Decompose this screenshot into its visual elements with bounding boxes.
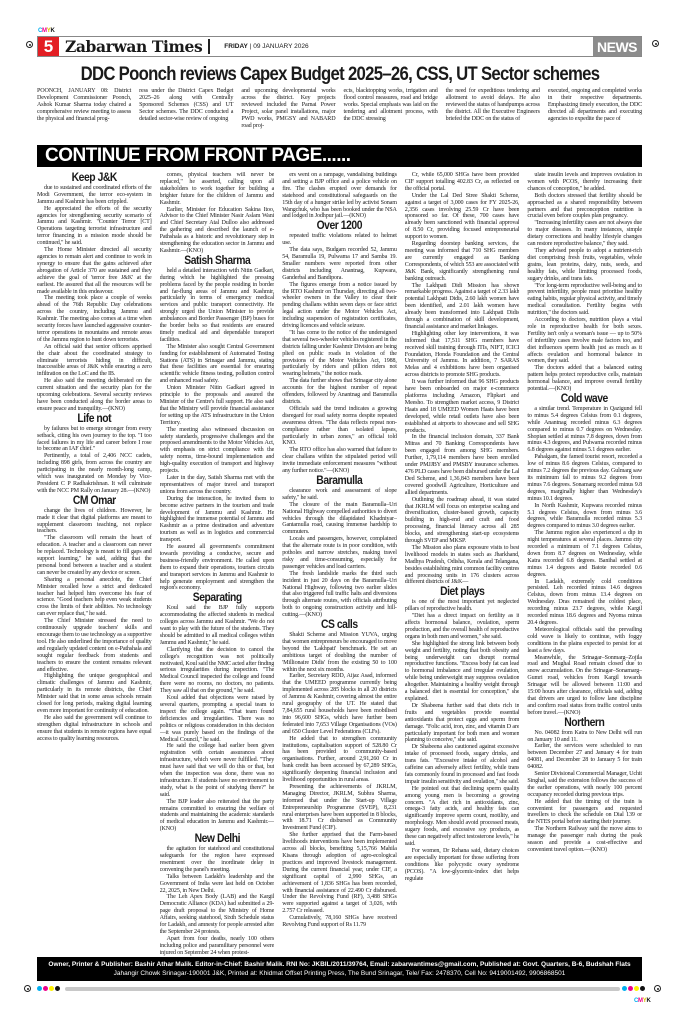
paragraph: Earlier, the services were scheduled to … bbox=[527, 743, 642, 771]
lead-story-column: executed, ongoing and completed works in… bbox=[548, 88, 642, 129]
lead-story-column: the need for expeditious tendering and a… bbox=[446, 88, 540, 129]
paragraph: No. 04082 from Katra to New Delhi will r… bbox=[527, 730, 642, 744]
article-column: ulate insulin levels and improves ovulat… bbox=[527, 172, 642, 957]
section-tag: NEWS bbox=[593, 37, 641, 56]
cmyk-label-top: CMYK bbox=[38, 28, 55, 34]
issue-date: FRIDAY | 09 JANUARY 2026 bbox=[210, 37, 308, 56]
paragraph: The data says, Budgam recorded 52, Jammu… bbox=[282, 247, 397, 282]
lead-story-column: and upcoming developmental works across … bbox=[241, 88, 335, 129]
imprint-line-1: Owner, Printer & Publisher: Bashir Athar… bbox=[37, 960, 642, 969]
lead-headline: DDC Poonch reviews Capex Budget 2025–26,… bbox=[41, 64, 639, 86]
paragraph: Apart from four deaths, nearly 100 other… bbox=[160, 936, 275, 957]
paragraph: Union Minister Nitin Gadkari agreed in p… bbox=[160, 385, 275, 426]
paragraph: Locals and passengers, however, complain… bbox=[282, 536, 397, 571]
paragraph: by failures but to emerge stronger from … bbox=[37, 426, 152, 454]
paragraph: During the interaction, he invited them … bbox=[160, 496, 275, 544]
paragraph: a similar trend. Temperature in Qazigund… bbox=[527, 406, 642, 454]
paragraph: Senior Divisional Commercial Manager, Uc… bbox=[527, 771, 642, 799]
subheading: Satish Sharma bbox=[165, 258, 268, 265]
paragraph: Regarding doorstep banking services, the… bbox=[405, 241, 520, 282]
paragraph: He said the college had earlier been giv… bbox=[160, 743, 275, 798]
paragraph: comes, physical teachers will never be r… bbox=[160, 172, 275, 207]
subheading: Separating bbox=[165, 595, 268, 602]
paragraph: Shakti Scheme and Mission YUVA, urging t… bbox=[282, 632, 397, 673]
continue-banner: CONTINUE FROM FRONT PAGE...... bbox=[37, 145, 642, 167]
paragraph: The Home Minister directed all security … bbox=[37, 247, 152, 295]
paragraph: "The classroom will remain the heart of … bbox=[37, 535, 152, 576]
subheading: Baramulla bbox=[288, 478, 391, 485]
magenta-swatch bbox=[43, 986, 48, 991]
color-swatches-right bbox=[622, 986, 645, 992]
paragraph: The BJP leader also reiterated that the … bbox=[160, 799, 275, 834]
paragraph: An official said that senior officers ap… bbox=[37, 344, 152, 379]
article-column: Keep J&Kdue to sustained and coordinated… bbox=[37, 172, 152, 957]
paragraph: The meeting also witnessed discussion on… bbox=[160, 427, 275, 475]
paragraph: Cumulatively, 78,160 SHGs have received … bbox=[282, 915, 397, 929]
paragraph: Sharing a personal anecdote, the Chief M… bbox=[37, 577, 152, 618]
yellow-swatch bbox=[634, 986, 639, 991]
imprint-footer: Owner, Printer & Publisher: Bashir Athar… bbox=[37, 957, 642, 981]
registration-mark-bottom-left bbox=[24, 985, 31, 992]
paragraph: Both doctors stressed that fertility sho… bbox=[527, 193, 642, 221]
paragraph: The Mission also plans exposure visits t… bbox=[405, 545, 520, 586]
paragraph: is one of the most important yet neglect… bbox=[405, 599, 520, 613]
paragraph: Presenting the achievements of JKRLM, Ma… bbox=[282, 784, 397, 832]
lead-story-column: POONCH, JANUARY 08: District Development… bbox=[37, 88, 131, 129]
paragraph: Earlier, Minister for Education Sakina I… bbox=[160, 207, 275, 255]
lead-story-body: POONCH, JANUARY 08: District Development… bbox=[37, 88, 642, 129]
paragraph: Highlighting the unique geographical and… bbox=[37, 673, 152, 714]
lead-story-column: ress under the District Capex Budget 202… bbox=[139, 88, 233, 129]
paragraph: The fresh landslide marks the third such… bbox=[282, 571, 397, 619]
registration-mark-bottom-right bbox=[654, 985, 661, 992]
paragraph: Talks between Ladakh's leadership and th… bbox=[160, 874, 275, 895]
paragraph: Later in the day, Satish Sharma met with… bbox=[160, 475, 275, 496]
subheading: Cold wave bbox=[533, 396, 636, 403]
article-column: Cr, while 65,000 SHGs have been provided… bbox=[405, 172, 520, 957]
paragraph: ulate insulin levels and improves ovulat… bbox=[527, 172, 642, 193]
paragraph: For women, Dr Rehana said, dietary choic… bbox=[405, 848, 520, 883]
registration-mark-top-right bbox=[652, 40, 659, 47]
paragraph: In Ladakh, extremely cold conditions per… bbox=[527, 579, 642, 627]
subheading: Diet plays bbox=[411, 589, 514, 596]
paper-name: Zabarwan Times bbox=[59, 37, 208, 56]
paragraph: Pahalgam, the famed tourist resort, reco… bbox=[527, 454, 642, 502]
cyan-swatch bbox=[622, 986, 627, 991]
paragraph: He appreciated the efforts of the securi… bbox=[37, 206, 152, 247]
paragraph: Koul added that objections were raised b… bbox=[160, 695, 275, 743]
paragraph: The Chief Minister stressed the need to … bbox=[37, 618, 152, 673]
paragraph: The Jammu region also experienced a dip … bbox=[527, 530, 642, 578]
paragraph: held a detailed interaction with Nitin G… bbox=[160, 268, 275, 344]
paragraph: repeated traffic violations related to h… bbox=[282, 233, 397, 247]
lead-story-column: ects, blacktopping works, irrigation and… bbox=[343, 88, 437, 129]
color-swatches-left bbox=[37, 986, 60, 992]
paragraph: "For long-term reproductive well-being a… bbox=[527, 283, 642, 318]
paragraph: Earlier, Secretary RDD, Aijaz Asad, info… bbox=[282, 673, 397, 735]
paragraph: It was further informed that 96 SHG prod… bbox=[405, 379, 520, 434]
paragraph: The RTO office has also warned that fail… bbox=[282, 447, 397, 475]
paragraph: According to doctors, nutrition plays a … bbox=[527, 317, 642, 365]
paragraph: The Northern Railway said the move aims … bbox=[527, 826, 642, 854]
paragraph: The meeting took place a couple of weeks… bbox=[37, 295, 152, 343]
subheading: Over 1200 bbox=[288, 223, 391, 230]
paragraph: They advised people to adopt a nutrient-… bbox=[527, 248, 642, 283]
subheading: New Delhi bbox=[165, 836, 268, 843]
subheading: Life not bbox=[43, 416, 146, 423]
paragraph: the agitation for statehood and constitu… bbox=[160, 846, 275, 874]
paragraph: He pointed out that declining sperm qual… bbox=[405, 786, 520, 848]
paragraph: The Minister also sought Central Governm… bbox=[160, 344, 275, 385]
magenta-swatch bbox=[628, 986, 633, 991]
paragraph: The data further shows that Srinagar cit… bbox=[282, 378, 397, 406]
paragraph: ers went on a rampage, vandalising build… bbox=[282, 172, 397, 220]
page-number: 5 bbox=[38, 37, 59, 56]
cmyk-label-bottom: CMYK bbox=[634, 998, 651, 1004]
subheading: Keep J&K bbox=[43, 175, 146, 182]
paragraph: "Increasing infertility cases are not al… bbox=[527, 220, 642, 248]
paragraph: Pertinently, a total of 2,406 NCC cadets… bbox=[37, 453, 152, 494]
paragraph: The closure of the main Baramulla–Uri Na… bbox=[282, 502, 397, 537]
subheading: CS calls bbox=[288, 622, 391, 629]
paragraph: Dr Shabeena further said that diets rich… bbox=[405, 703, 520, 744]
black-swatch bbox=[640, 986, 645, 991]
paragraph: She further apprised that the Farm-based… bbox=[282, 832, 397, 915]
article-column: comes, physical teachers will never be r… bbox=[160, 172, 275, 957]
paragraph: clearance work and assessment of slope s… bbox=[282, 488, 397, 502]
paragraph: Clarifying that the decision to cancel t… bbox=[160, 647, 275, 695]
subheading: CM Omar bbox=[43, 498, 146, 505]
paragraph: Koul said the BJP fully supports accommo… bbox=[160, 605, 275, 646]
paragraph: due to sustained and coordinated efforts… bbox=[37, 185, 152, 206]
black-swatch bbox=[55, 986, 60, 991]
paragraph: He assured all government's commitment t… bbox=[160, 544, 275, 592]
paragraph: In North Kashmir, Kupwara recorded minus… bbox=[527, 503, 642, 531]
paragraph: Dr Shabeena also cautioned against exces… bbox=[405, 744, 520, 785]
article-column: ers went on a rampage, vandalising build… bbox=[282, 172, 397, 957]
imprint-line-2: Jahangir Chowk Srinagar-190001 J&K, Prin… bbox=[37, 969, 642, 978]
paragraph: He added that to strengthen community in… bbox=[282, 736, 397, 784]
cyan-swatch bbox=[37, 986, 42, 991]
paragraph: The Leh Apex Body (LAB) and the Kargil D… bbox=[160, 894, 275, 935]
paragraph: She highlighted the strong link between … bbox=[405, 641, 520, 703]
paragraph: "Diet has a direct impact on fertility a… bbox=[405, 613, 520, 641]
paragraph: He also said the government will continu… bbox=[37, 715, 152, 743]
masthead: 5 Zabarwan Times FRIDAY | 09 JANUARY 202… bbox=[37, 36, 642, 57]
paragraph: The doctors added that a balanced eating… bbox=[527, 365, 642, 393]
grey-registration-bar bbox=[65, 987, 620, 991]
paragraph: Outlining the roadmap ahead, it was stat… bbox=[405, 497, 520, 545]
paragraph: The figures emerge from a notice issued … bbox=[282, 282, 397, 330]
issue-day: FRIDAY bbox=[224, 43, 248, 50]
continued-columns: Keep J&Kdue to sustained and coordinated… bbox=[37, 172, 642, 957]
yellow-swatch bbox=[49, 986, 54, 991]
subheading: Northern bbox=[533, 720, 636, 727]
paragraph: Officials said the trend indicates a gro… bbox=[282, 406, 397, 447]
paragraph: Cr, while 65,000 SHGs have been provided… bbox=[405, 172, 520, 193]
paragraph: Highlighting other key interventions, it… bbox=[405, 331, 520, 379]
paragraph: He also said the meeting deliberated on … bbox=[37, 378, 152, 413]
paragraph: Under the Lal Ded Stree Shakti Scheme, a… bbox=[405, 193, 520, 241]
issue-date-text: 09 JANUARY 2026 bbox=[253, 43, 308, 50]
registration-mark-top-left bbox=[26, 41, 33, 48]
paragraph: Meteorological officials said the prevai… bbox=[527, 627, 642, 655]
paragraph: In the financial inclusion domain, 337 B… bbox=[405, 434, 520, 496]
paragraph: The Lakhpati Didi Mission has shown rema… bbox=[405, 283, 520, 331]
paragraph: Meanwhile, the Srinagar–Sonmarg–Zojila r… bbox=[527, 655, 642, 717]
paragraph: change the lives of children. However, h… bbox=[37, 508, 152, 536]
paragraph: He added that the timing of the train is… bbox=[527, 799, 642, 827]
paragraph: "It has come to the notice of the unders… bbox=[282, 330, 397, 378]
